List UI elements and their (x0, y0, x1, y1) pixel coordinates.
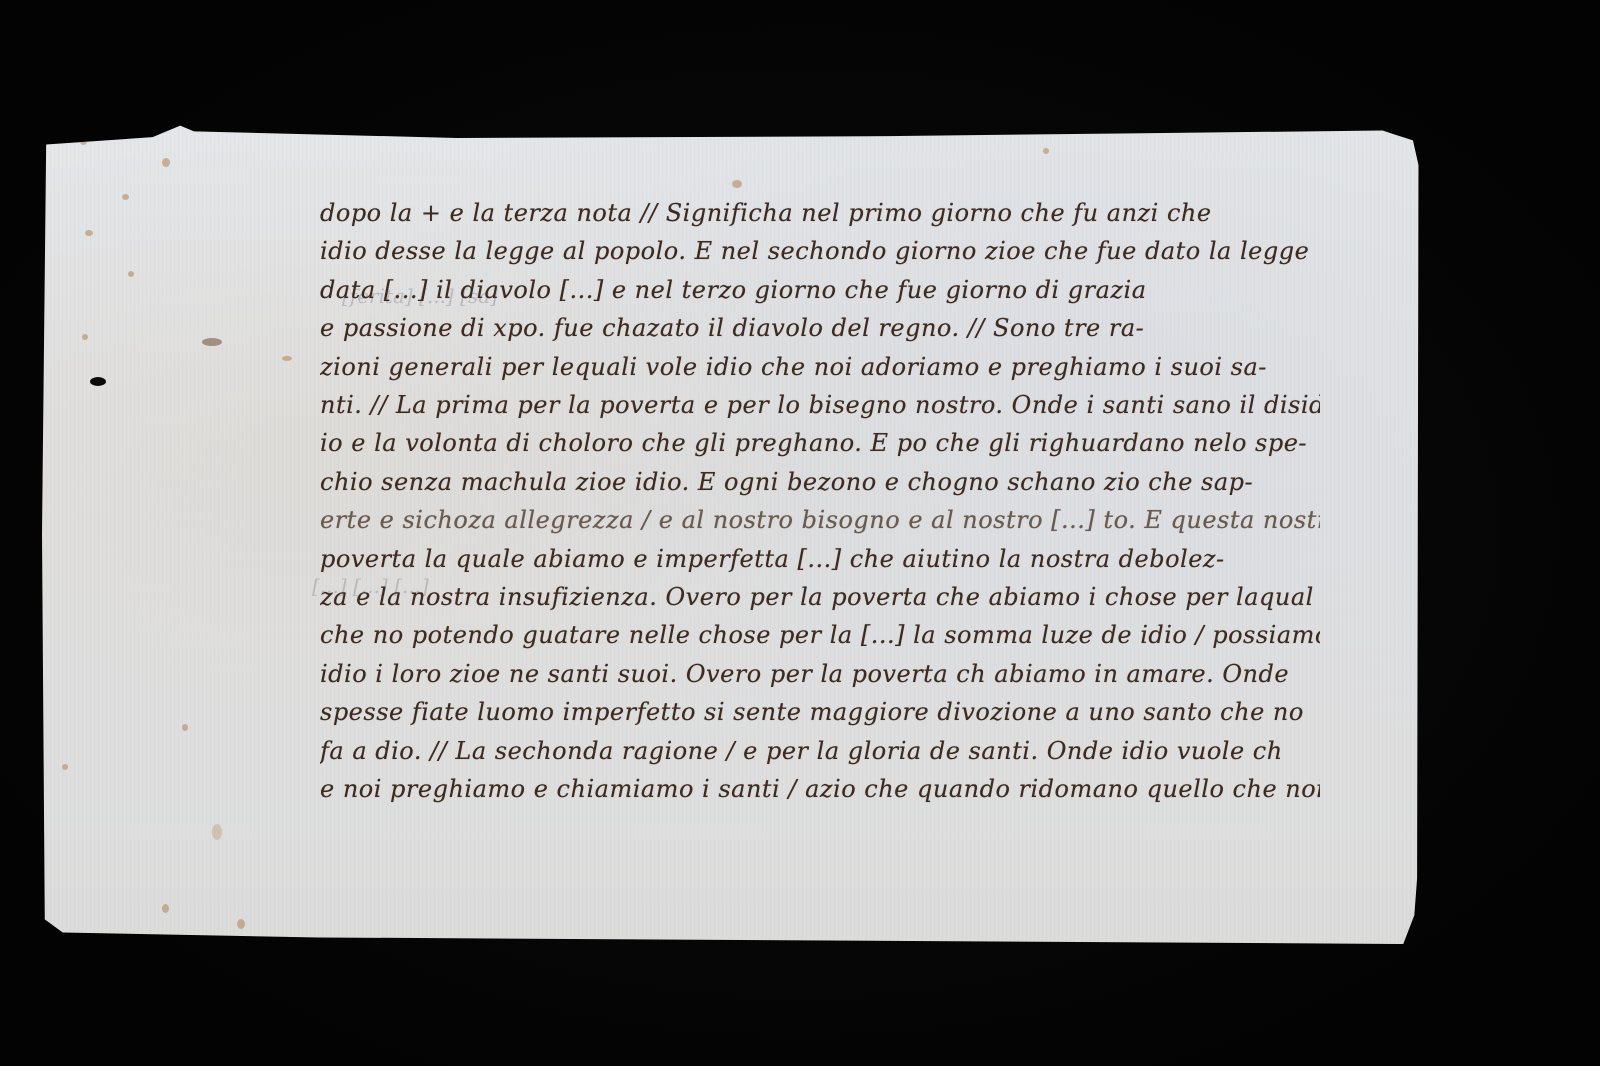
text-line: erte e sichoza allegrezza / e al nostro … (320, 501, 1320, 539)
foxing-stain (182, 724, 188, 731)
text-line: fa a dio. // La sechonda ragione / e per… (320, 732, 1320, 770)
text-line: idio i loro zioe ne santi suoi. Overo pe… (320, 655, 1320, 693)
foxing-stain (162, 158, 170, 167)
photo-stage: [ferita] [...] [sa] [...] [...] [...] do… (0, 0, 1600, 1066)
text-line: che no potendo guatare nelle chose per l… (320, 616, 1320, 654)
text-line: io e la volonta di choloro che gli pregh… (320, 424, 1320, 462)
text-line: e passione di xpo. fue chazato il diavol… (320, 309, 1320, 347)
paper-hole (90, 377, 106, 386)
text-line: dopo la + e la terza nota // Significha … (320, 194, 1320, 232)
text-line: chio senza machula zioe idio. E ogni bez… (320, 463, 1320, 501)
text-line: e noi preghiamo e chiamiamo i santi / az… (320, 770, 1320, 808)
text-line: idio desse la legge al popolo. E nel sec… (320, 232, 1320, 270)
text-line: spesse fiate luomo imperfetto si sente m… (320, 693, 1320, 731)
foxing-stain (282, 356, 292, 361)
text-line: poverta la quale abiamo e imperfetta [..… (320, 540, 1320, 578)
foxing-stain (85, 230, 93, 236)
text-line: za e la nostra insufizienza. Overo per l… (320, 578, 1320, 616)
foxing-stain (122, 194, 129, 200)
text-line: nti. // La prima per la poverta e per lo… (320, 386, 1320, 424)
foxing-stain (732, 180, 742, 188)
foxing-stain (128, 271, 134, 277)
foxing-stain (162, 904, 169, 913)
foxing-stain (82, 334, 88, 340)
foxing-stain (212, 824, 222, 840)
foxing-stain (237, 919, 245, 929)
text-line: zioni generali per lequali vole idio che… (320, 348, 1320, 386)
manuscript-text: dopo la + e la terza nota // Significha … (320, 194, 1320, 809)
foxing-stain (80, 138, 87, 145)
foxing-stain (1043, 148, 1049, 154)
foxing-stain (202, 338, 222, 346)
manuscript-sheet: [ferita] [...] [sa] [...] [...] [...] do… (42, 124, 1424, 944)
text-line: data [...] il diavolo [...] e nel terzo … (320, 271, 1320, 309)
foxing-stain (62, 764, 68, 770)
